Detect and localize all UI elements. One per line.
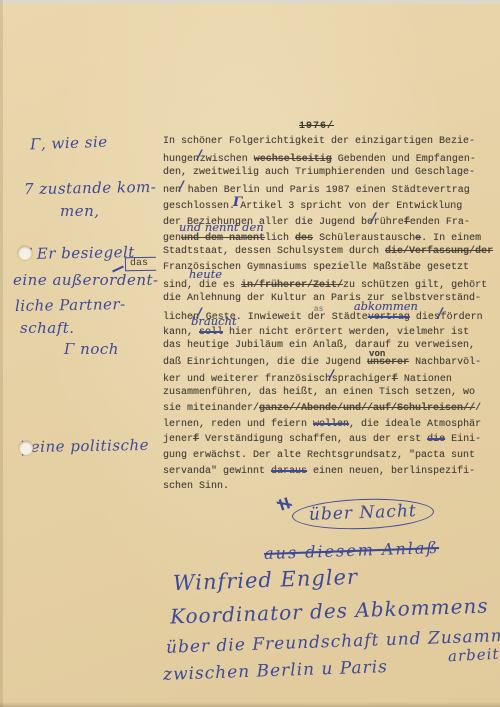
typed-text: Verständigung schaffen, aus der erst: [199, 434, 427, 445]
margin-note: Γ, wie sie: [30, 133, 108, 154]
typed-text: Schüleraustausch: [313, 233, 415, 244]
typed-correction: und dem nament: [181, 233, 265, 244]
margin-note: liche Partner-: [15, 295, 126, 315]
typed-line: schen Sinn.: [163, 481, 229, 493]
typed-text: , die ideale Atmosphär: [349, 419, 481, 430]
signature-line: zwischen Berlin u Paris: [163, 657, 388, 685]
typed-text: ker und weiterer französisch: [163, 374, 331, 385]
circled-insertion-ueber-nacht: über Nacht: [292, 497, 435, 532]
signature-line: Koordinator des Abkommens: [170, 593, 489, 628]
typed-text: sind, die es: [163, 280, 241, 291]
margin-note: schaft.: [20, 319, 75, 337]
typed-line: gung erwächst. Der alte Rechtsgrundsatz,…: [163, 450, 475, 462]
typed-text: Nationen: [398, 374, 452, 385]
typed-line: zusammenführen, das heißt, an einen Tisc…: [163, 387, 475, 399]
typed-text: rühre: [374, 217, 404, 228]
signature-line: arbeit: [448, 645, 500, 666]
typed-text: In schöner Folgerichtigkeit der einzigar…: [163, 136, 475, 147]
typed-text: Eini-: [445, 434, 481, 445]
hand-correction: /: [438, 306, 443, 321]
typed-text: schen Sinn.: [163, 481, 229, 492]
typed-correction: vertrag: [368, 312, 410, 323]
typed-line: servanda" gewinnt daraus einen neuen, be…: [163, 466, 475, 478]
hand-correction: /: [197, 148, 202, 163]
typed-correction: f: [193, 434, 199, 445]
typed-line: hungen/zwischen wechselseitig Gebenden u…: [163, 152, 476, 166]
signature-line: Winfried Engler: [173, 565, 359, 595]
margin-note: men,: [60, 202, 100, 220]
typed-line: genund nennt denund dem namentlich des S…: [163, 230, 481, 245]
typed-text: einen neuen, berlinspezifi-: [307, 466, 475, 477]
hand-correction: /: [179, 179, 184, 194]
typed-text: hier nicht erörtert werden, vielmehr ist: [223, 327, 469, 338]
typed-line: sie miteinander/ganze//Abende/und//auf/S…: [163, 403, 481, 415]
typed-correction: soll: [199, 327, 223, 338]
insertion-mark: ≠: [269, 494, 297, 514]
typed-correction: ganze//Abende/und//auf/Schulreisen//: [259, 403, 475, 414]
margin-note: Ŧ Er besiegelt: [21, 243, 135, 263]
typed-text: zusammenführen, das heißt, an einen Tisc…: [163, 387, 475, 398]
typed-text: hungen: [163, 154, 199, 165]
typed-text: sie miteinander/: [163, 403, 259, 414]
scan-bottom-edge: [0, 702, 500, 707]
typed-text: jener: [163, 434, 193, 445]
typed-text: zu schützen gilt, gehört: [343, 280, 487, 291]
typed-text: daß Einrichtungen, die die Jugend: [163, 357, 367, 368]
typed-line: den, zweitweilig auch Triumphierenden un…: [163, 167, 475, 179]
typed-correction: wollen: [313, 419, 349, 430]
typed-line: kann, brauchtsoll hier nicht erörtert we…: [163, 324, 469, 339]
typed-text: Nachbarvöl-: [409, 357, 481, 368]
typed-text: haben Berlin und Paris 1987 einen Städte…: [182, 185, 470, 196]
typed-text: zwischen: [200, 154, 254, 165]
typed-line: das heutige Jubiläum ein Anlaß, darauf z…: [163, 340, 475, 352]
typed-line: die Anlehnung der Kultur an Paris zur se…: [163, 293, 481, 305]
document-page: 1976/ In schöner Folgerichtigkeit der ei…: [0, 0, 500, 707]
typed-line: Stadtstaat, dessen Schulsystem durch die…: [163, 246, 493, 258]
typed-line: sind, die es heutein/früherer/Zeit/zu sc…: [163, 277, 487, 292]
typed-text: Gebenden und Empfangen-: [332, 154, 476, 165]
typed-line: nen/ haben Berlin und Paris 1987 einen S…: [163, 183, 470, 197]
typed-text: servanda" gewinnt: [163, 466, 271, 477]
scan-top-edge: [0, 0, 500, 4]
hand-correction: Γ: [233, 195, 242, 210]
typed-line: daß Einrichtungen, die die Jugend vonuns…: [163, 356, 481, 369]
typed-text: /: [475, 403, 481, 414]
typed-correction: des: [295, 233, 313, 244]
typed-text: lich: [265, 233, 295, 244]
typed-text: lernen, reden und feiern: [163, 419, 313, 430]
typed-text: enden Fra-: [410, 217, 470, 228]
typed-line: geschlossen.ΓArtikel 3 spricht von der E…: [163, 199, 462, 213]
hand-correction: /: [371, 211, 376, 226]
margin-note: 7 zustande kom-: [24, 178, 157, 198]
typed-line: jenerf Verständigung schaffen, aus der e…: [163, 434, 481, 446]
punch-hole: [19, 441, 33, 455]
typed-text: . In einem: [421, 233, 481, 244]
typed-line: ker und weiterer französisch/sprachigerf…: [163, 372, 452, 386]
typed-line: In schöner Folgerichtigkeit der einzigar…: [163, 136, 475, 148]
typed-correction: die: [427, 434, 445, 445]
typed-correction: wechselseitig: [254, 154, 332, 165]
typed-correction: e: [415, 233, 421, 244]
typed-line: lernen, reden und feiern wollen, die ide…: [163, 419, 481, 431]
typed-correction: daraus: [271, 466, 307, 477]
punch-hole: [18, 246, 32, 260]
hand-correction: /: [329, 368, 334, 383]
typed-text: die Anlehnung der Kultur an Paris zur se…: [163, 293, 481, 304]
struck-typed-date: 1976/: [299, 121, 334, 132]
typed-correction: in/früherer/Zeit/: [241, 280, 343, 291]
struck-handwritten-phrase: aus diesem Anlaß: [264, 538, 440, 563]
typed-correction: die/Verfassung/der: [385, 246, 493, 257]
scan-left-edge: [0, 0, 3, 707]
typed-text: dies: [410, 312, 440, 323]
typed-text: fördern: [441, 312, 483, 323]
typed-text: Stadtstaat, dessen Schulsystem durch: [163, 246, 385, 257]
typed-text: den, zweitweilig auch Triumphierenden un…: [163, 167, 475, 178]
typed-correction: f: [404, 217, 410, 228]
typed-text: gung erwächst. Der alte Rechtsgrundsatz,…: [163, 450, 475, 461]
typed-correction: f: [392, 374, 398, 385]
typed-text: das heutige Jubiläum ein Anlaß, darauf z…: [163, 340, 475, 351]
typed-correction: unserer: [367, 357, 409, 368]
margin-note: Γ noch: [64, 340, 119, 358]
margin-note: eine außerordent-: [13, 271, 159, 289]
typed-text: geschlossen.: [163, 201, 235, 212]
typed-text: Artikel 3 spricht von der Entwicklung: [240, 201, 462, 212]
typed-text: kann,: [163, 327, 199, 338]
margin-note: | eine politische: [20, 436, 149, 456]
typed-text: gen: [163, 233, 181, 244]
typed-text: sprachiger: [332, 374, 392, 385]
